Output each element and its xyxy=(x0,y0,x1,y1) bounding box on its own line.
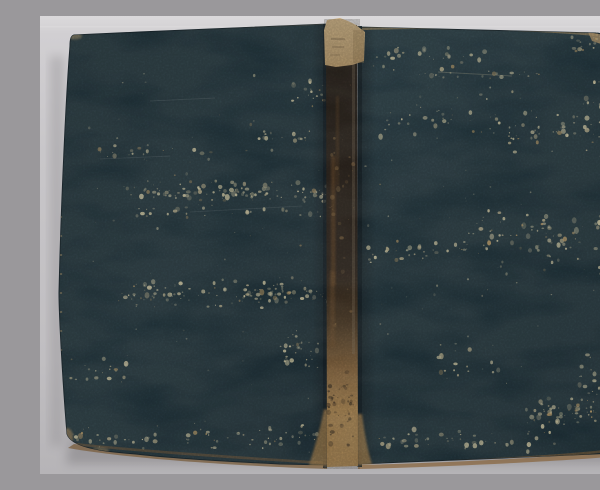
photo-of-antique-book xyxy=(40,16,600,474)
book xyxy=(50,16,600,474)
book-texture xyxy=(50,16,600,474)
leather-grain xyxy=(50,16,600,474)
